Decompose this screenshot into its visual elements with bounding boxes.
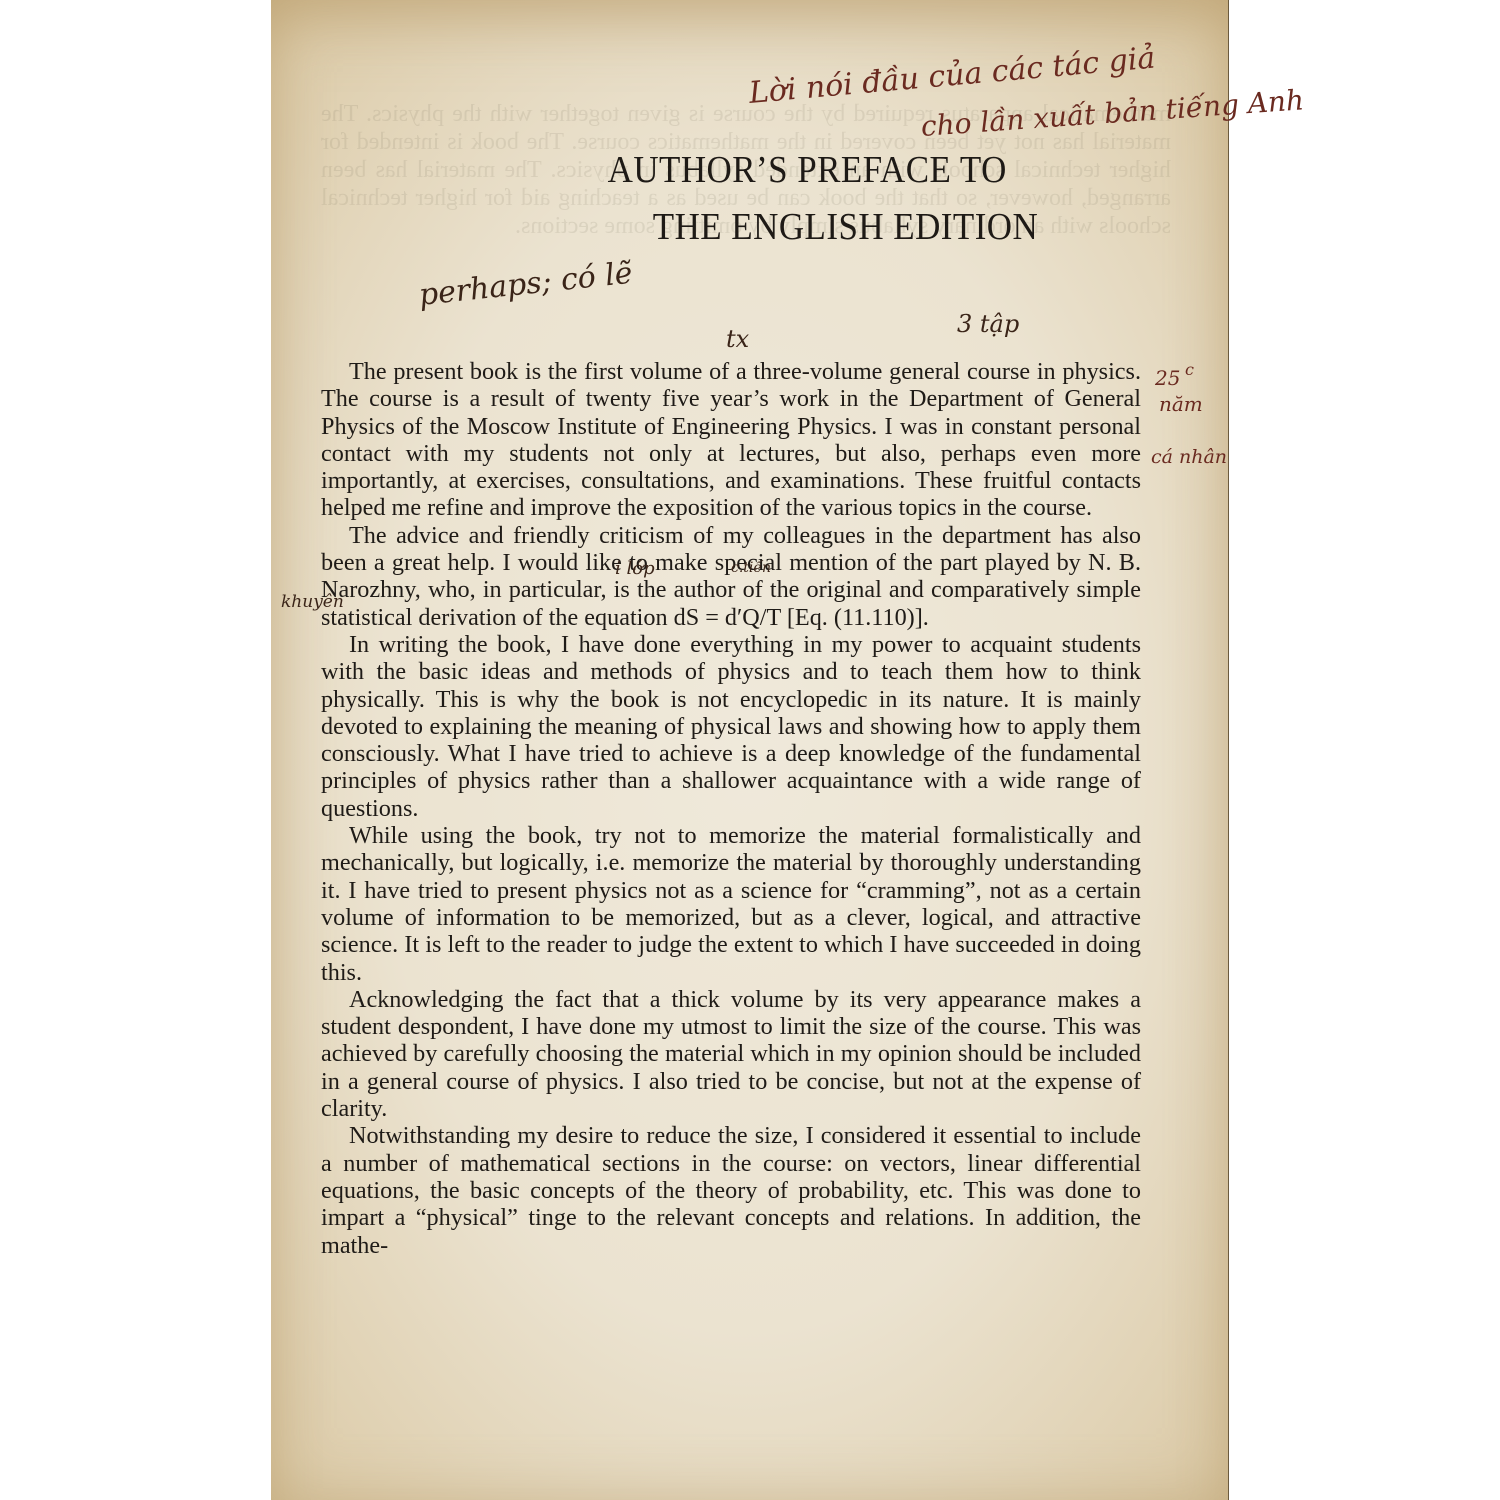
paragraph-4: While using the book, try not to memoriz…: [321, 822, 1141, 986]
title-line-2: THE ENGLISH EDITION: [405, 205, 1285, 249]
paragraph-6: Notwithstanding my desire to reduce the …: [321, 1122, 1141, 1258]
paragraph-2: The advice and friendly criticism of my …: [321, 522, 1141, 631]
paragraph-3: In writing the book, I have done everyth…: [321, 631, 1141, 822]
handwritten-khuyen-note: khuyên: [281, 592, 344, 612]
book-page: mathematical apparatus required by the c…: [271, 0, 1229, 1500]
handwritten-margin-canhan: cá nhân: [1151, 446, 1227, 468]
paragraph-5: Acknowledging the fact that a thick volu…: [321, 986, 1141, 1122]
handwritten-margin-c: c: [1185, 360, 1194, 379]
handwritten-three-volume-note: 3 tập: [957, 310, 1019, 338]
handwritten-improve-note: c.tiến: [731, 560, 771, 576]
paragraph-1: The present book is the first volume of …: [321, 358, 1141, 522]
handwritten-margin-nam: năm: [1159, 392, 1203, 416]
handwritten-perhaps-note: perhaps; có lẽ: [417, 256, 634, 313]
title-line-1: AUTHOR’S PREFACE TO: [367, 148, 1247, 192]
handwritten-tx-note: tx: [726, 325, 749, 353]
handwritten-course-note: i lớp: [615, 558, 655, 579]
preface-body: The present book is the first volume of …: [321, 358, 1141, 1259]
handwritten-margin-25: 25: [1155, 366, 1180, 390]
